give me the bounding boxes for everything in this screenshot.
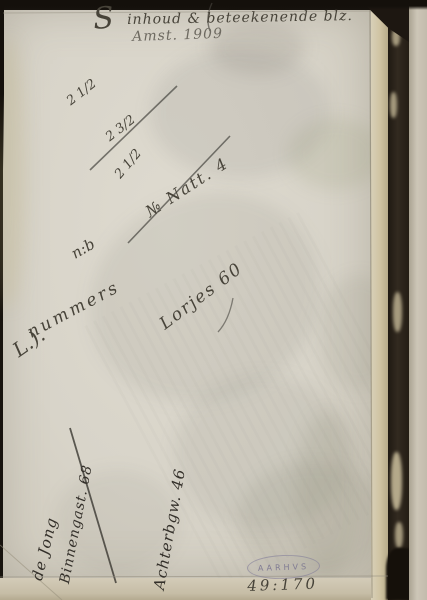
note-date: Amst. 1909 [132,26,223,45]
archive-stamp-text: AARHVS [258,562,310,573]
pencil-strokes [0,0,427,600]
note-initial-s: S [92,1,115,37]
shelfmark: 49:170 [247,575,318,595]
scanned-page-photo: S inhoud & beteekenende blz. Amst. 1909 … [0,0,427,600]
